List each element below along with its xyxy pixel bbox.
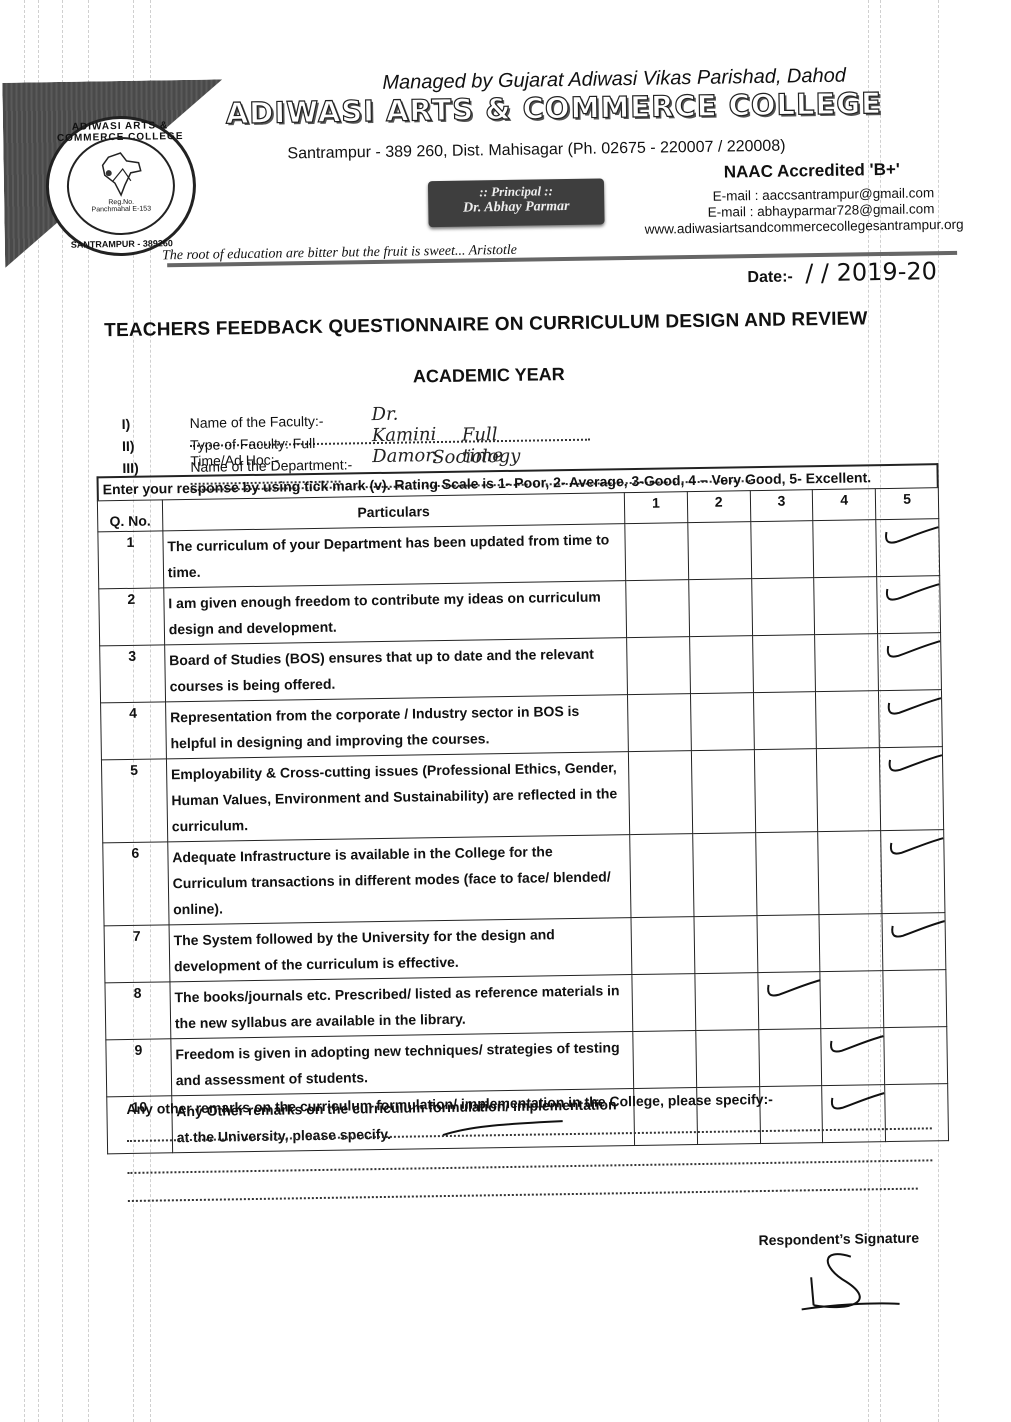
- rating-cell-1[interactable]: [633, 1031, 697, 1089]
- india-map-icon: [98, 151, 145, 198]
- header-rating-4: 4: [813, 489, 876, 521]
- rating-cell-4[interactable]: [817, 748, 881, 832]
- question-number: 6: [103, 842, 169, 926]
- rating-cell-5[interactable]: [879, 690, 943, 748]
- question-text: Adequate Infrastructure is available in …: [168, 835, 632, 925]
- tick-mark-icon: [828, 1032, 884, 1057]
- rating-cell-2[interactable]: [688, 522, 752, 580]
- department-value: Sociology: [432, 446, 520, 468]
- header-rating-5: 5: [875, 488, 938, 520]
- rating-cell-1[interactable]: [628, 751, 692, 835]
- question-text: Employability & Cross-cutting issues (Pr…: [166, 752, 630, 842]
- website: www.adiwasiartsandcommercecollegesantram…: [645, 217, 935, 238]
- rating-cell-2[interactable]: [689, 636, 753, 694]
- rating-cell-4[interactable]: [816, 691, 880, 749]
- question-number: 3: [100, 645, 166, 703]
- rating-cell-4[interactable]: [819, 914, 883, 972]
- rating-cell-1[interactable]: [627, 637, 691, 695]
- rating-cell-3[interactable]: [751, 578, 815, 636]
- date-label: Date:-: [747, 268, 793, 286]
- question-number: 5: [101, 759, 167, 843]
- question-number: 8: [105, 982, 171, 1040]
- rating-cell-1[interactable]: [625, 523, 689, 581]
- rating-cell-1[interactable]: [632, 974, 696, 1032]
- question-number: 2: [99, 588, 165, 646]
- rating-cell-4[interactable]: [814, 577, 878, 635]
- tick-mark-icon: [764, 976, 820, 1001]
- rating-cell-5[interactable]: [884, 1027, 948, 1085]
- college-seal-logo: ADIWASI ARTS & COMMERCE COLLEGE Reg.No. …: [45, 115, 197, 257]
- rating-cell-3[interactable]: [752, 635, 816, 693]
- question-number: 9: [106, 1039, 172, 1097]
- rating-cell-3[interactable]: [758, 1029, 822, 1087]
- form-title: TEACHERS FEEDBACK QUESTIONNAIRE ON CURRI…: [104, 308, 868, 342]
- question-text: Board of Studies (BOS) ensures that up t…: [164, 638, 627, 702]
- seal-reg-place: Panchmahal E-153: [49, 205, 193, 214]
- rating-cell-5[interactable]: [876, 519, 940, 577]
- question-text: The System followed by the University fo…: [169, 918, 632, 982]
- rating-cell-1[interactable]: [626, 580, 690, 638]
- questionnaire-table: Enter your response by using tick mark (…: [96, 463, 949, 1154]
- contact-block: E-mail : aaccsantrampur@gmail.com E-mail…: [644, 185, 935, 238]
- rating-cell-5[interactable]: [880, 747, 944, 831]
- question-text: I am given enough freedom to contribute …: [164, 581, 627, 645]
- rating-cell-5[interactable]: [883, 970, 947, 1028]
- principal-banner: :: Principal :: Dr. Abhay Parmar: [428, 178, 605, 227]
- remarks-input-line-3[interactable]: [128, 1188, 918, 1202]
- date-field: Date:- / / 2019-20: [747, 257, 937, 288]
- table-row: 5Employability & Cross-cutting issues (P…: [101, 747, 943, 843]
- questions-body: 1The curriculum of your Department has b…: [98, 519, 949, 1154]
- rating-cell-2[interactable]: [691, 750, 755, 834]
- rating-cell-2[interactable]: [693, 833, 757, 917]
- rating-cell-4[interactable]: [813, 520, 877, 578]
- rating-cell-5[interactable]: [878, 633, 942, 691]
- tick-mark-icon: [885, 694, 941, 719]
- question-number: 7: [104, 925, 170, 983]
- tick-mark-icon: [889, 917, 945, 942]
- header-rating-1: 1: [624, 492, 687, 524]
- naac-accreditation: NAAC Accredited 'B+': [724, 160, 900, 183]
- rating-cell-4[interactable]: [818, 831, 882, 915]
- tick-mark-icon: [884, 637, 940, 662]
- question-text: The books/journals etc. Prescribed/ list…: [170, 975, 633, 1039]
- rating-cell-4[interactable]: [822, 1085, 886, 1143]
- rating-cell-3[interactable]: [755, 832, 819, 916]
- question-number: 4: [101, 702, 167, 760]
- respondent-signature: [791, 1246, 902, 1318]
- rating-cell-2[interactable]: [689, 579, 753, 637]
- rating-cell-4[interactable]: [821, 1028, 885, 1086]
- rating-cell-2[interactable]: [695, 973, 759, 1031]
- rating-cell-3[interactable]: [753, 692, 817, 750]
- table-row: 6Adequate Infrastructure is available in…: [103, 830, 945, 926]
- rating-cell-5[interactable]: [877, 576, 941, 634]
- rating-cell-4[interactable]: [815, 634, 879, 692]
- question-number: 1: [98, 531, 164, 589]
- tick-mark-icon: [829, 1089, 885, 1114]
- remarks-input-line-2[interactable]: [127, 1159, 932, 1174]
- rating-cell-1[interactable]: [630, 834, 694, 918]
- question-text: Representation from the corporate / Indu…: [165, 695, 628, 759]
- question-text: The curriculum of your Department has be…: [163, 524, 626, 588]
- rating-cell-5[interactable]: [882, 913, 946, 971]
- rating-cell-3[interactable]: [750, 521, 814, 579]
- academic-year-heading: ACADEMIC YEAR: [413, 364, 565, 387]
- rating-cell-5[interactable]: [885, 1084, 949, 1142]
- faculty-info: I) Name of the Faculty:- Dr. Kamini Damo…: [122, 416, 123, 482]
- date-value: / / 2019-20: [805, 257, 937, 287]
- header-qno: Q. No.: [97, 500, 162, 532]
- rating-cell-5[interactable]: [881, 830, 945, 914]
- principal-name: Dr. Abhay Parmar: [428, 198, 604, 217]
- tick-mark-icon: [886, 751, 942, 776]
- rating-cell-2[interactable]: [696, 1030, 760, 1088]
- tick-mark-icon: [883, 523, 939, 548]
- college-name: ADIWASI ARTS & COMMERCE COLLEGE: [226, 86, 883, 130]
- feedback-form-page: ADIWASI ARTS & COMMERCE COLLEGE Reg.No. …: [0, 0, 1011, 1422]
- rating-cell-1[interactable]: [628, 694, 692, 752]
- header-rating-3: 3: [750, 490, 813, 522]
- rating-cell-3[interactable]: [754, 749, 818, 833]
- rating-cell-3[interactable]: [757, 915, 821, 973]
- rating-cell-2[interactable]: [690, 693, 754, 751]
- college-address: Santrampur - 389 260, Dist. Mahisagar (P…: [287, 138, 785, 164]
- rating-cell-1[interactable]: [631, 917, 695, 975]
- rating-cell-2[interactable]: [694, 916, 758, 974]
- tick-mark-icon: [887, 834, 943, 859]
- header-rating-2: 2: [687, 491, 750, 523]
- tick-mark-icon: [883, 580, 939, 605]
- rating-cell-4[interactable]: [820, 971, 884, 1029]
- rating-cell-3[interactable]: [758, 972, 822, 1030]
- question-text: Freedom is given in adopting new techniq…: [171, 1032, 634, 1096]
